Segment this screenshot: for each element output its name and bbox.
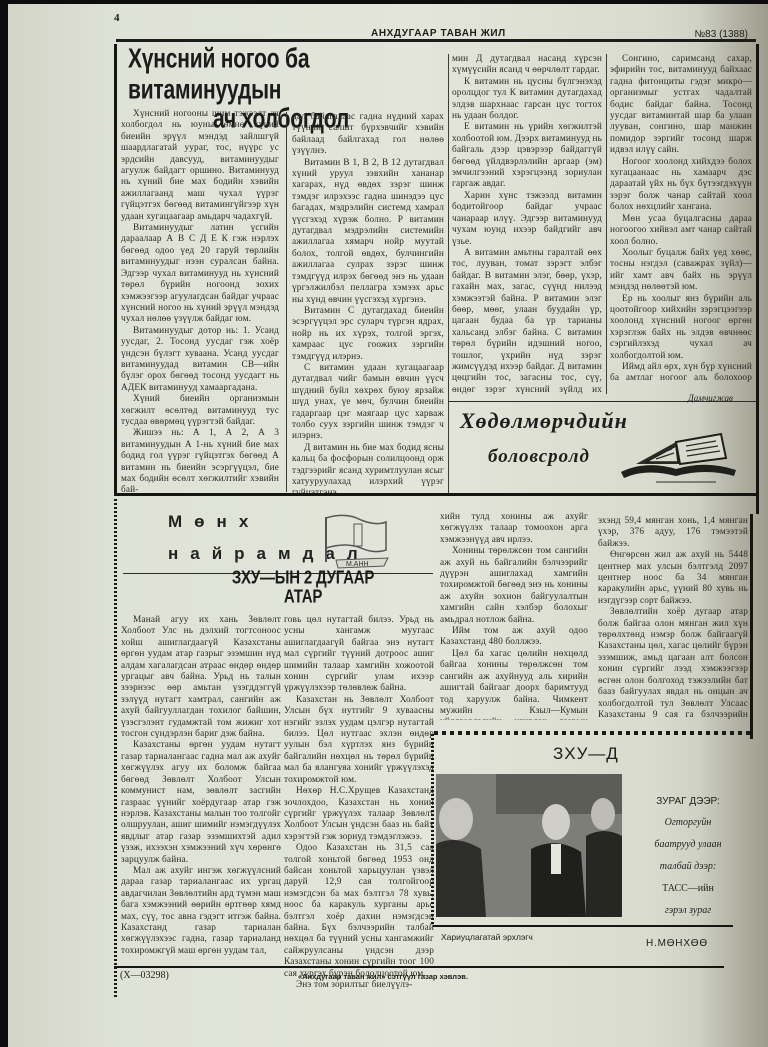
paragraph: Витамин С дутагдахад биеийн эсэргүүцэл э… xyxy=(292,306,444,363)
paragraph: эхэнд 59,4 мянган хонь, 1,4 мянган үхэр,… xyxy=(598,516,748,550)
paragraph: Витамин В 1, В 2, В 12 дутагдвал хүний у… xyxy=(292,158,444,306)
paragraph: Зөвлөлтийн хоёр дугаар атар болж байгаа … xyxy=(598,607,748,721)
newspaper-page: 4 АНХДУГААР ТАВАН ЖИЛ №83 (1388) Хүнсний… xyxy=(8,4,768,1047)
kazakh-col-1: Манай агуу их хань Зөвлөлт Холбоот Улс н… xyxy=(121,615,281,1002)
wavy-border-left xyxy=(431,734,434,924)
caption-label: ЗУРАГ ДЭЭР: xyxy=(623,796,753,807)
paragraph: Ер нь хоолыг янз бүрийн аль цоотойгоор х… xyxy=(610,294,752,362)
paragraph: Иймд айл өрх, хүн бүр хүнсний ба амтлаг … xyxy=(610,362,752,384)
paragraph: Ийм том аж ахуй одоо Казахстанд 480 болл… xyxy=(440,626,588,649)
footer-rule xyxy=(433,925,733,927)
print-line: «Анхдугаар таван жил» сэтгүүл газар хэвл… xyxy=(298,972,468,981)
column-rule xyxy=(448,54,449,494)
footer-rule-bottom xyxy=(114,966,724,968)
vitamins-col-1: Хүнсний ногооны шим тэжээлт ач холбогдол… xyxy=(121,109,279,497)
paragraph: А витамин амьтны гаралтай өөх тос, луува… xyxy=(452,248,602,394)
kazakh-col-4: эхэнд 59,4 мянган хонь, 1,4 мянган үхэр,… xyxy=(598,516,748,721)
caption-line: Огторгуйн xyxy=(623,817,753,828)
wavy-border-top xyxy=(434,731,750,735)
paragraph: Витаминуудыг латин үсгийн дараалаар А В … xyxy=(121,223,279,326)
paragraph: мин Д дутагдвал насанд хүрсэн хүмүүсийн … xyxy=(452,54,602,77)
paragraph: Е витамин нь үрийн хөгжилтэй холбоотой ю… xyxy=(452,122,602,190)
column-rule xyxy=(286,112,287,492)
paragraph: Одоо Казахстан нь 31,5 сая толгой хоньто… xyxy=(284,843,434,980)
order-code: (Х—03298) xyxy=(120,970,169,981)
paragraph: Харин хүнс тэжээлд витамин бодитойгоор б… xyxy=(452,191,602,248)
photo-feature-title: ЗХУ—Д xyxy=(553,744,619,764)
headline-line-2: АТАР xyxy=(193,586,413,607)
paragraph: говь цөл нутагтай билээ. Урьд нь усны ха… xyxy=(284,615,434,695)
vitamins-col-2: дал байлгахаас гадна нүдний харах түүний… xyxy=(292,112,444,494)
cosmonauts-photo xyxy=(436,774,622,917)
kazakh-headline: ЗХУ—ЫН 2 ДУГААР АТАР xyxy=(193,567,413,603)
labor-education-heading: Хөдөлмөрчдийн боловсролд xyxy=(460,408,640,468)
kazakh-col-2: говь цөл нутагтай билээ. Урьд нь усны ха… xyxy=(284,615,434,1002)
editor-name: Н.МӨНХӨӨ xyxy=(646,938,708,949)
flag-emblem-icon: М.АНН xyxy=(316,512,396,572)
right-frame-rule xyxy=(756,44,759,514)
caption-line: талбай дээр: xyxy=(623,861,753,872)
caption-line: баатрууд улаан xyxy=(623,839,753,850)
paragraph: Хүний биеийн организмын хөгжилт өсөлтөд … xyxy=(121,394,279,428)
section-divider-thick xyxy=(114,493,759,496)
paragraph: Хүнсний ногооны шим тэжээлт ач холбогдол… xyxy=(121,109,279,223)
paragraph: С витамин удаан хугацаагаар дутагдвал чи… xyxy=(292,363,444,443)
paragraph: Витаминуудыг дотор нь: 1. Усанд уусдаг, … xyxy=(121,326,279,394)
open-book-icon xyxy=(616,424,746,484)
paragraph: К витамин нь цусны бүлгэнэхэд оролцдог т… xyxy=(452,77,602,123)
caption-line: ТАСС—ийн xyxy=(623,883,753,894)
paragraph: Хоолыг буцалж байх үед хөөс, тосны нэгдэ… xyxy=(610,248,752,294)
page-number: 4 xyxy=(114,12,120,24)
paragraph: хийн тулд хонины аж ахуйг хөгжүүлэх тала… xyxy=(440,512,588,546)
issue-number: №83 (1388) xyxy=(694,29,748,40)
vitamins-col-4: Сонгино, саримсанд сахар, эфирийн тос, в… xyxy=(610,54,752,384)
paragraph: Д витамин нь бие мах бодид ясны кальц ба… xyxy=(292,443,444,494)
column-rule xyxy=(606,54,607,394)
photo-caption: ЗУРАГ ДЭЭР: Огторгуйн баатрууд улаан тал… xyxy=(623,796,753,916)
paragraph: Мөн усаа буцалгасны дараа ногоогоо хийвэ… xyxy=(610,214,752,248)
right-frame-rule xyxy=(750,514,753,739)
paragraph: Нөхөр Н.С.Хрущев Казахстанд зочлохдоо, К… xyxy=(284,786,434,843)
left-wavy-border xyxy=(114,499,117,999)
newspaper-title: АНХДУГААР ТАВАН ЖИЛ xyxy=(371,28,506,39)
kazakh-col-3: хийн тулд хонины аж ахуйг хөгжүүлэх тала… xyxy=(440,512,588,720)
masthead: АНХДУГААР ТАВАН ЖИЛ №83 (1388) xyxy=(116,28,756,42)
paragraph: Өнгөрсөн жил аж ахуй нь 5448 центнер мах… xyxy=(598,550,748,607)
paragraph: Казахстан нь Зөвлөлт Холбоот Улсын бүх н… xyxy=(284,695,434,786)
headline-line-1: Хүнсний ногоо ба витаминуудын xyxy=(128,44,448,106)
paragraph: Ногоог хоолонд хийхдээ болох хугацаанаас… xyxy=(610,157,752,214)
paragraph: Хонины төрөлжсөн том сангийн аж ахуй нь … xyxy=(440,546,588,626)
caption-line: гэрэл зураг xyxy=(623,905,753,916)
heading-line-1: Хөдөлмөрчдийн xyxy=(460,408,640,434)
paragraph: дал байлгахаас гадна нүдний харах түүний… xyxy=(292,112,444,158)
paragraph: Манай агуу их хань Зөвлөлт Холбоот Улс н… xyxy=(121,615,281,740)
paragraph: Энэ том зорилтыг биелүүлэ- xyxy=(284,980,434,991)
paragraph: Цөл ба хагас цөлийн нөхцөлд байгаа хонин… xyxy=(440,649,588,720)
paragraph: Сонгино, саримсанд сахар, эфирийн тос, в… xyxy=(610,54,752,157)
paragraph: Казахстаны өргөн уудам нутагт газар тари… xyxy=(121,740,281,865)
editor-label: Хариуцлагатай эрхлэгч xyxy=(441,932,533,942)
paragraph: Мал аж ахуйг ингэж хөгжүүлсний дараа газ… xyxy=(121,866,281,957)
paragraph: Жишээ нь: А 1, А 2, А 3 витаминуудын А 1… xyxy=(121,428,279,496)
vitamins-col-3: мин Д дутагдвал насанд хүрсэн хүмүүсийн … xyxy=(452,54,602,394)
left-frame-rule xyxy=(114,44,117,494)
section-divider xyxy=(448,401,756,402)
